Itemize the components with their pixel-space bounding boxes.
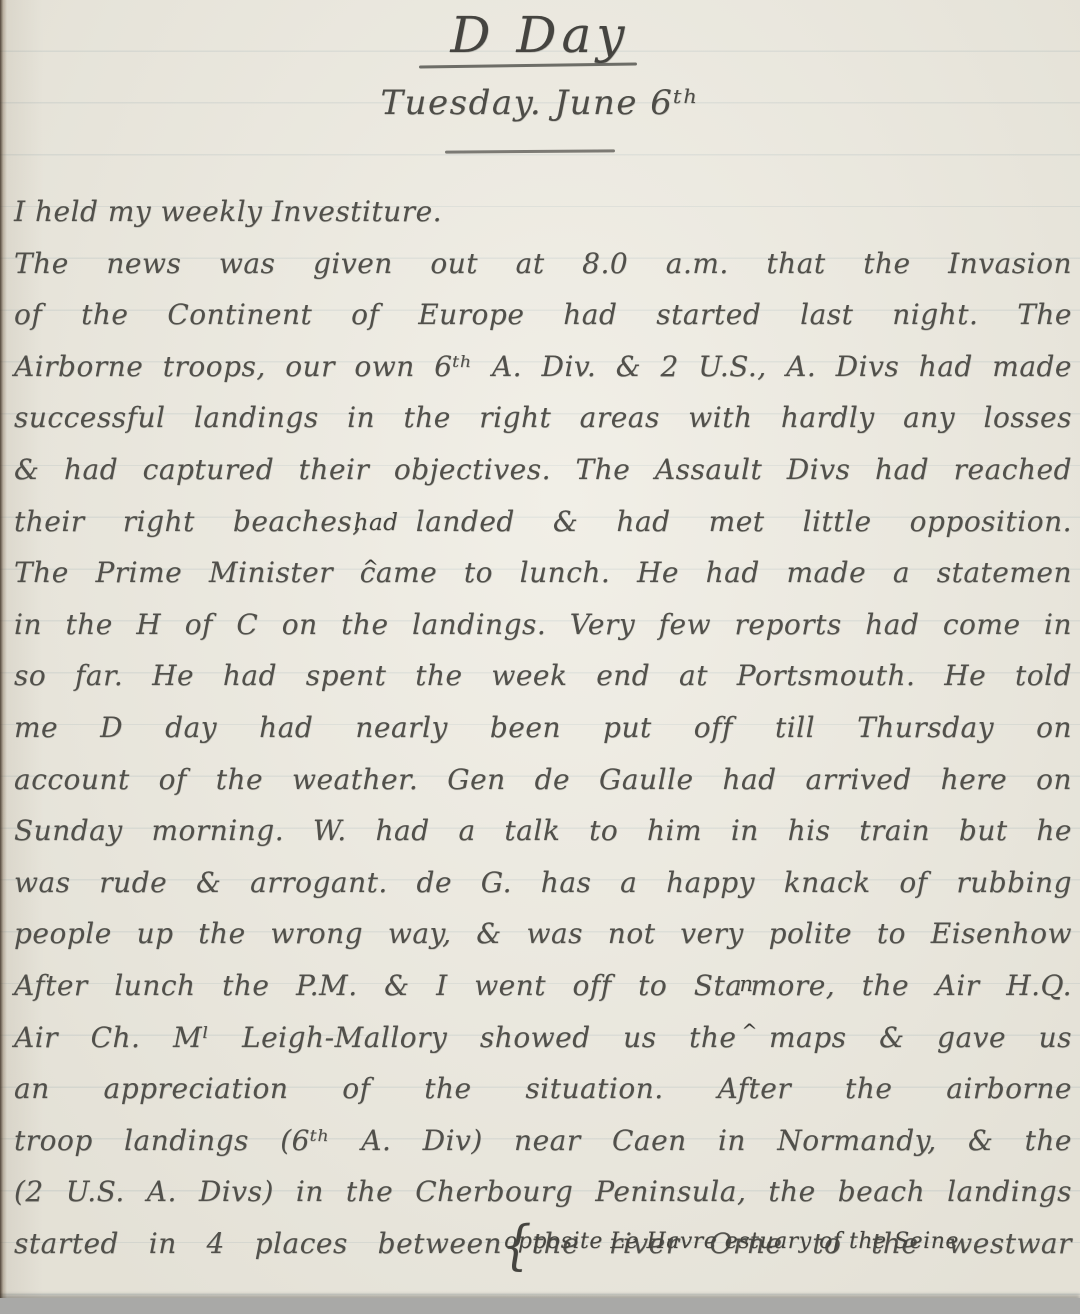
line-text: more, the Air H.Q. xyxy=(750,969,1072,1002)
page-binding-edge xyxy=(0,0,7,1298)
caret-mark: ^ xyxy=(363,558,379,577)
diary-line: After lunch the P.M. & I went off to Sta… xyxy=(14,960,1072,1012)
diary-line: an appreciation of the situation. After … xyxy=(14,1063,1072,1115)
diary-line: Sunday morning. W. had a talk to him in … xyxy=(14,805,1072,857)
diary-line: (2 U.S. A. Divs) in the Cherbourg Penins… xyxy=(14,1166,1072,1218)
diary-line: started in 4 places betweenopposite Le H… xyxy=(14,1218,1072,1270)
diary-title: D Day xyxy=(450,6,629,64)
diary-line: The Prime Minister came to lunch. He had… xyxy=(14,547,1072,599)
caret-mark: ^ xyxy=(741,1022,757,1041)
line-text: their right beaches, xyxy=(14,505,362,538)
diary-line: The news was given out at 8.0 a.m. that … xyxy=(14,238,1072,290)
diary-line: in the H of C on the landings. Very few … xyxy=(14,599,1072,651)
diary-line: I held my weekly Investiture. xyxy=(14,186,1072,238)
diary-line: so far. He had spent the week end at Por… xyxy=(14,650,1072,702)
diary-body: I held my weekly Investiture. The news w… xyxy=(14,186,1072,1269)
diary-line: of the Continent of Europe had started l… xyxy=(14,289,1072,341)
page-header: D Day Tuesday. June 6ᵗʰ xyxy=(0,6,1080,153)
diary-line: successful landings in the right areas w… xyxy=(14,392,1072,444)
diary-line: their right beaches,had^ landed & had me… xyxy=(14,496,1072,548)
diary-line: people up the wrong way, & was not very … xyxy=(14,908,1072,960)
diary-page: D Day Tuesday. June 6ᵗʰ I held my weekly… xyxy=(0,0,1080,1314)
line-text: landed & had met little opposition. xyxy=(416,505,1072,538)
diary-line: & had captured their objectives. The Ass… xyxy=(14,444,1072,496)
diary-line: Air Ch. Mˡ Leigh-Mallory showed us the m… xyxy=(14,1012,1072,1064)
inserted-phrase: opposite Le Havre estuary of the Seine xyxy=(504,1231,959,1253)
diary-line: Airborne troops, our own 6ᵗʰ A. Div. & 2… xyxy=(14,341,1072,393)
inserted-word: had xyxy=(354,512,399,535)
line-text: After lunch the P.M. & I went off to Sta xyxy=(14,969,742,1002)
diary-date: Tuesday. June 6ᵗʰ xyxy=(0,83,1080,123)
diary-line: was rude & arrogant. de G. has a happy k… xyxy=(14,857,1072,909)
line-text: started in 4 places between xyxy=(14,1227,502,1260)
desk-surface xyxy=(0,1298,1080,1314)
diary-line: me D day had nearly been put off till Th… xyxy=(14,702,1072,754)
inserted-letter: n xyxy=(739,974,753,995)
diary-line: troop landings (6ᵗʰ A. Div) near Caen in… xyxy=(14,1115,1072,1167)
date-rule xyxy=(445,149,615,153)
diary-line: account of the weather. Gen de Gaulle ha… xyxy=(14,754,1072,806)
